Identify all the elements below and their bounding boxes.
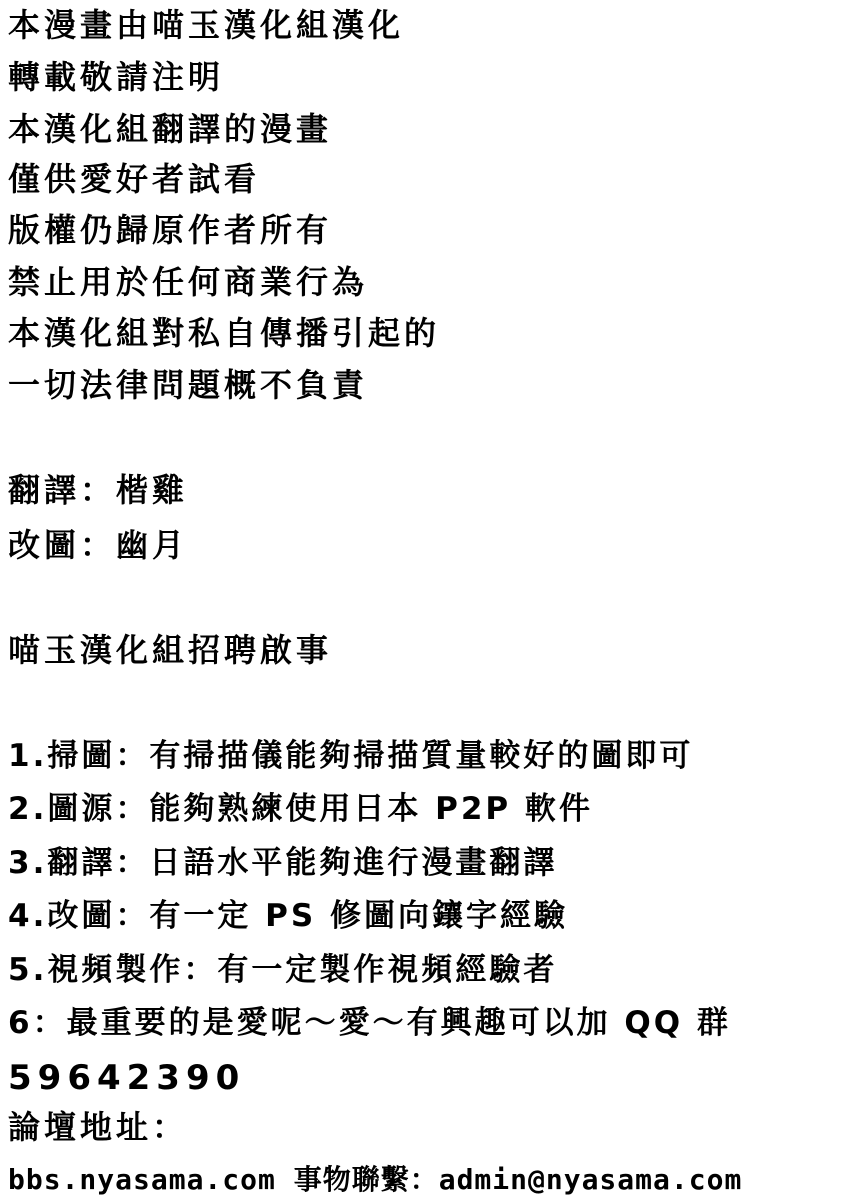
recruitment-item-2: 2.圖源：能夠熟練使用日本 P2P 軟件 (8, 791, 593, 828)
recruitment-title: 喵玉漢化組招聘啟事 (8, 631, 332, 669)
contact-info-line: bbs.nyasama.com 事物聯繫：admin@nyasama.com (8, 1163, 742, 1197)
recruitment-item-3: 3.翻譯：日語水平能夠進行漫畫翻譯 (8, 845, 557, 882)
recruitment-item-4: 4.改圖：有一定 PS 修圖向鑲字經驗 (8, 898, 568, 935)
disclaimer-line-1: 本漫畫由喵玉漢化組漢化 (8, 6, 404, 44)
recruitment-item-5: 5.視頻製作：有一定製作視頻經驗者 (8, 952, 557, 989)
qq-group-number: 59642390 (8, 1058, 245, 1099)
disclaimer-line-5: 版權仍歸原作者所有 (8, 211, 332, 249)
recruitment-item-1: 1.掃圖：有掃描儀能夠掃描質量較好的圖即可 (8, 738, 693, 775)
credit-translator: 翻譯：楷雞 (8, 471, 188, 509)
forum-address-label: 論壇地址： (8, 1108, 188, 1146)
credits-page: 本漫畫由喵玉漢化組漢化 轉載敬請注明 本漢化組翻譯的漫畫 僅供愛好者試看 版權仍… (0, 0, 850, 1200)
recruitment-item-6: 6：最重要的是愛呢～愛～有興趣可以加 QQ 群 (8, 1005, 731, 1042)
credit-editor: 改圖：幽月 (8, 526, 188, 564)
disclaimer-line-8: 一切法律問題概不負責 (8, 366, 368, 404)
disclaimer-line-6: 禁止用於任何商業行為 (8, 263, 368, 301)
disclaimer-line-3: 本漢化組翻譯的漫畫 (8, 110, 332, 148)
disclaimer-line-4: 僅供愛好者試看 (8, 160, 260, 198)
disclaimer-line-2: 轉載敬請注明 (8, 58, 224, 96)
disclaimer-line-7: 本漢化組對私自傳播引起的 (8, 314, 440, 352)
